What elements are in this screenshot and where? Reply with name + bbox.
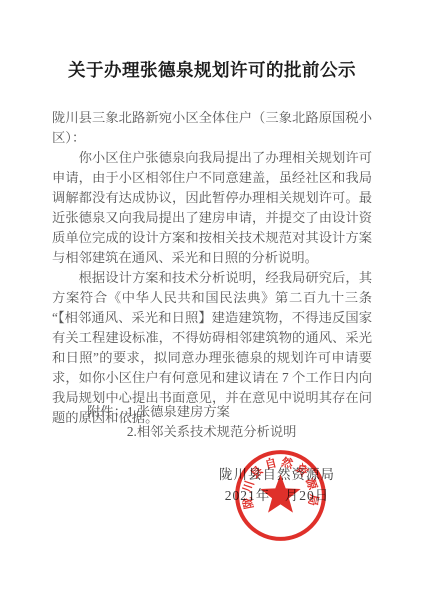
- attachments-list: 1.张德泉建房方案 2.相邻关系技术规范分析说明: [127, 402, 297, 442]
- attachment-item: 2.相邻关系技术规范分析说明: [127, 422, 297, 442]
- document-body: 陇川县三象北路新宛小区全体住户（三象北路原国税小区）： 你小区住户张德泉向我局提…: [52, 108, 372, 428]
- paragraph-application-history: 你小区住户张德泉向我局提出了办理相关规划许可申请，由于小区相邻住户不同意建盖，虽…: [52, 148, 372, 268]
- red-star-icon: [260, 474, 300, 512]
- salutation-line: 陇川县三象北路新宛小区全体住户（三象北路原国税小区）：: [52, 108, 372, 148]
- notice-document-page: 关于办理张德泉规划许可的批前公示 陇川县三象北路新宛小区全体住户（三象北路原国税…: [0, 0, 424, 600]
- page-title: 关于办理张德泉规划许可的批前公示: [20, 59, 404, 81]
- official-seal: 陇川县自然资源局: [225, 440, 336, 551]
- attachment-item: 1.张德泉建房方案: [127, 402, 297, 422]
- attachments-label: 附件：: [87, 402, 127, 422]
- attachments-block: 附件： 1.张德泉建房方案 2.相邻关系技术规范分析说明: [87, 402, 296, 442]
